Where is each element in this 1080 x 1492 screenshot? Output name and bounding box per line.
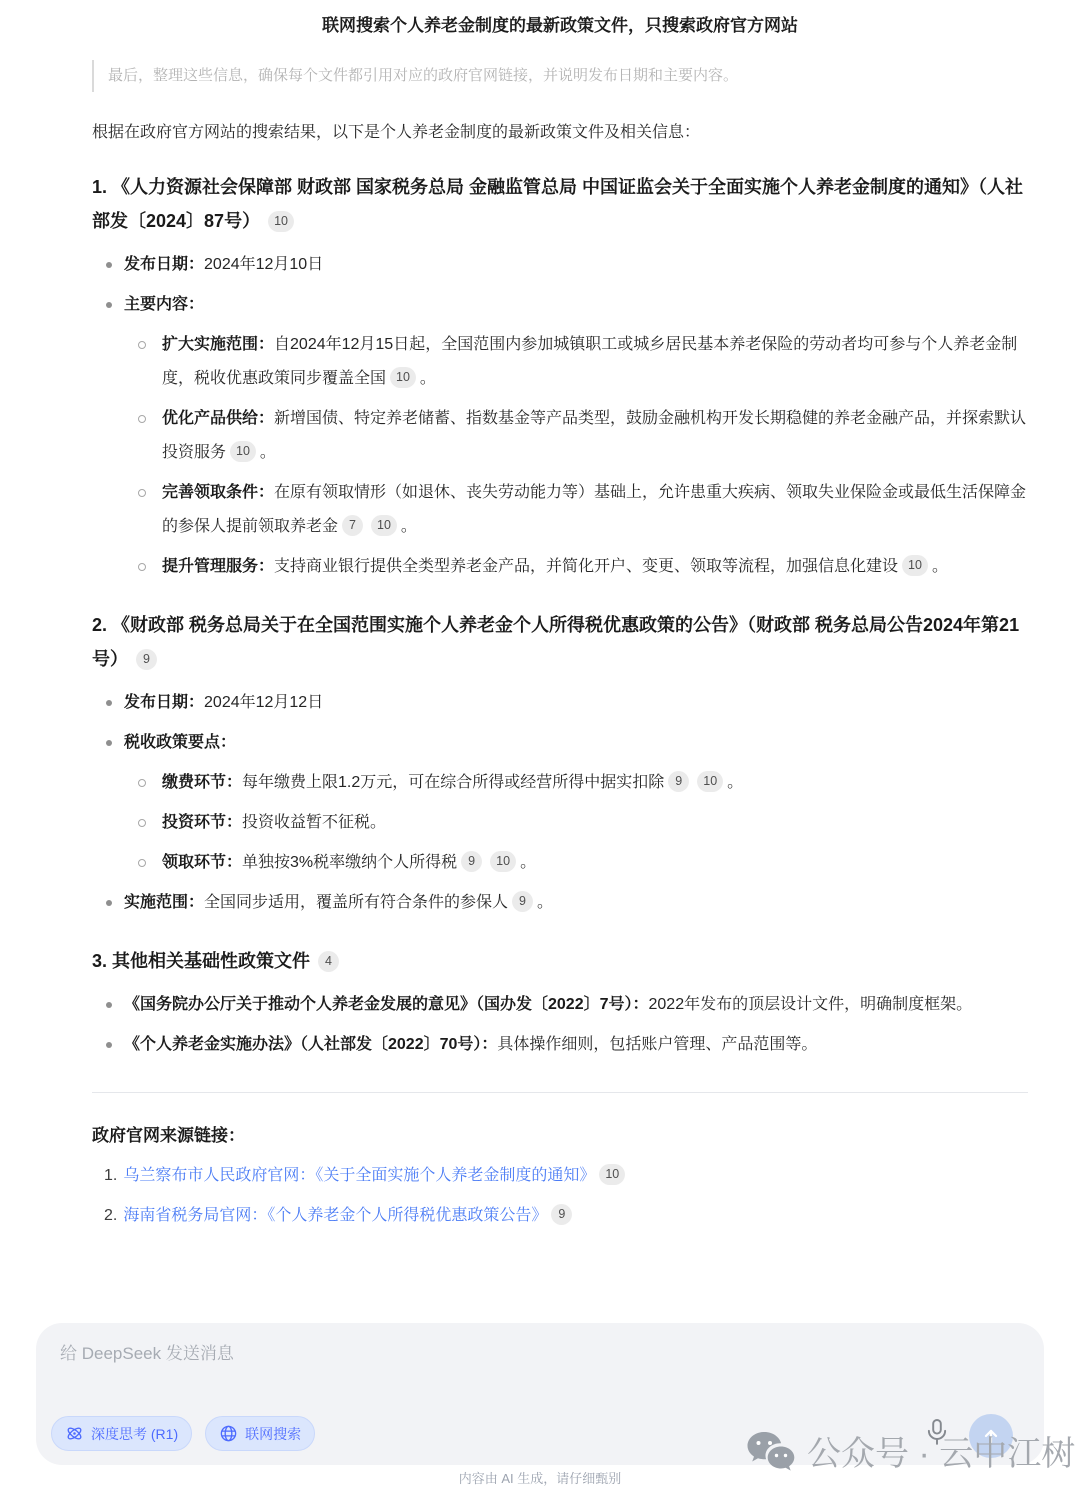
bullet-circle-icon xyxy=(138,415,146,423)
bullet-dot-icon xyxy=(106,262,112,268)
bullet-circle-icon xyxy=(138,819,146,827)
section-heading-2: 2. 《财政部 税务总局关于在全国范围实施个人养老金个人所得税优惠政策的公告》（… xyxy=(92,608,1028,676)
citation-badge[interactable]: 10 xyxy=(902,555,928,576)
citation-badge[interactable]: 10 xyxy=(268,211,294,232)
citation-badge[interactable]: 9 xyxy=(551,1204,572,1225)
section-heading-1: 1. 《人力资源社会保障部 财政部 国家税务总局 金融监管总局 中国证监会关于全… xyxy=(92,170,1028,238)
bullet-circle-icon xyxy=(138,859,146,867)
source-link[interactable]: 海南省税务局官网：《个人养老金个人所得税优惠政策公告》 xyxy=(123,1207,547,1224)
sources-heading: 政府官网来源链接： xyxy=(92,1119,1028,1153)
arrow-up-icon xyxy=(980,1425,1002,1447)
microphone-icon xyxy=(924,1417,950,1449)
answer-content: 联网搜索个人养老金制度的最新政策文件，只搜索政府官方网站 最后，整理这些信息，确… xyxy=(92,0,1028,1239)
web-search-toggle-button[interactable]: 联网搜索 xyxy=(205,1416,315,1451)
list-item: 发布日期：2024年12月10日 xyxy=(92,248,1028,282)
source-link-row: 2.海南省税务局官网：《个人养老金个人所得税优惠政策公告》9 xyxy=(92,1199,1028,1233)
bullet-dot-icon xyxy=(106,740,112,746)
citation-badge[interactable]: 9 xyxy=(668,771,689,792)
section-heading-3: 3. 其他相关基础性政策文件4 xyxy=(92,944,1028,978)
citation-badge[interactable]: 9 xyxy=(136,649,157,670)
user-prompt-quote: 最后，整理这些信息，确保每个文件都引用对应的政府官网链接，并说明发布日期和主要内… xyxy=(92,60,1028,92)
list-item: 领取环节：单独按3%税率缴纳个人所得税910。 xyxy=(92,846,1028,880)
globe-icon xyxy=(219,1424,238,1443)
bullet-dot-icon xyxy=(106,1042,112,1048)
bullet-dot-icon xyxy=(106,900,112,906)
citation-badge[interactable]: 9 xyxy=(461,851,482,872)
citation-badge[interactable]: 10 xyxy=(490,851,516,872)
message-input[interactable] xyxy=(60,1339,914,1395)
deepthink-toggle-button[interactable]: 深度思考 (R1) xyxy=(51,1416,192,1451)
list-item: 缴费环节：每年缴费上限1.2万元，可在综合所得或经营所得中据实扣除910。 xyxy=(92,766,1028,800)
bullet-circle-icon xyxy=(138,563,146,571)
bullet-dot-icon xyxy=(106,700,112,706)
horizontal-divider xyxy=(92,1092,1028,1093)
bullet-dot-icon xyxy=(106,1002,112,1008)
bullet-circle-icon xyxy=(138,779,146,787)
list-item: 完善领取条件：在原有领取情形（如退休、丧失劳动能力等）基础上，允许患重大疾病、领… xyxy=(92,476,1028,544)
citation-badge[interactable]: 10 xyxy=(390,367,416,388)
citation-badge[interactable]: 9 xyxy=(512,891,533,912)
citation-badge[interactable]: 10 xyxy=(371,515,397,536)
list-item: 投资环节：投资收益暂不征税。 xyxy=(92,806,1028,840)
send-button[interactable] xyxy=(969,1414,1013,1458)
list-item: 扩大实施范围：自2024年12月15日起，全国范围内参加城镇职工或城乡居民基本养… xyxy=(92,328,1028,396)
list-item: 主要内容： xyxy=(92,288,1028,322)
microphone-button[interactable] xyxy=(924,1417,950,1449)
intro-paragraph: 根据在政府官方网站的搜索结果，以下是个人养老金制度的最新政策文件及相关信息： xyxy=(92,116,1028,150)
message-composer: 深度思考 (R1) 联网搜索 xyxy=(36,1323,1044,1465)
composer-toggles: 深度思考 (R1) 联网搜索 xyxy=(51,1416,315,1451)
deepthink-label: 深度思考 (R1) xyxy=(91,1424,178,1444)
section-1-list: 发布日期：2024年12月10日 主要内容： 扩大实施范围：自2024年12月1… xyxy=(92,248,1028,584)
citation-badge[interactable]: 7 xyxy=(342,515,363,536)
bullet-circle-icon xyxy=(138,489,146,497)
section-3-list: 《国务院办公厅关于推动个人养老金发展的意见》（国办发〔2022〕7号）：2022… xyxy=(92,988,1028,1062)
list-item: 《国务院办公厅关于推动个人养老金发展的意见》（国办发〔2022〕7号）：2022… xyxy=(92,988,1028,1022)
citation-badge[interactable]: 10 xyxy=(697,771,723,792)
source-link[interactable]: 乌兰察布市人民政府官网：《关于全面实施个人养老金制度的通知》 xyxy=(123,1167,595,1184)
list-item: 实施范围：全国同步适用，覆盖所有符合条件的参保人9。 xyxy=(92,886,1028,920)
deepseek-chat-page: 联网搜索个人养老金制度的最新政策文件，只搜索政府官方网站 最后，整理这些信息，确… xyxy=(0,0,1080,1492)
web-search-label: 联网搜索 xyxy=(245,1424,301,1444)
list-item: 提升管理服务：支持商业银行提供全类型养老金产品，并简化开户、变更、领取等流程，加… xyxy=(92,550,1028,584)
ai-disclaimer: 内容由 AI 生成，请仔细甄别 xyxy=(0,1468,1080,1487)
citation-badge[interactable]: 4 xyxy=(318,951,339,972)
atom-icon xyxy=(65,1424,84,1443)
list-item: 发布日期：2024年12月12日 xyxy=(92,686,1028,720)
source-link-row: 1.乌兰察布市人民政府官网：《关于全面实施个人养老金制度的通知》10 xyxy=(92,1159,1028,1193)
list-item: 优化产品供给：新增国债、特定养老储蓄、指数基金等产品类型，鼓励金融机构开发长期稳… xyxy=(92,402,1028,470)
bullet-circle-icon xyxy=(138,341,146,349)
citation-badge[interactable]: 10 xyxy=(230,441,256,462)
page-title: 联网搜索个人养老金制度的最新政策文件，只搜索政府官方网站 xyxy=(92,0,1028,38)
bullet-dot-icon xyxy=(106,302,112,308)
list-item: 《个人养老金实施办法》（人社部发〔2022〕70号）：具体操作细则，包括账户管理… xyxy=(92,1028,1028,1062)
list-item: 税收政策要点： xyxy=(92,726,1028,760)
citation-badge[interactable]: 10 xyxy=(599,1164,625,1185)
section-2-list: 发布日期：2024年12月12日 税收政策要点： 缴费环节：每年缴费上限1.2万… xyxy=(92,686,1028,920)
